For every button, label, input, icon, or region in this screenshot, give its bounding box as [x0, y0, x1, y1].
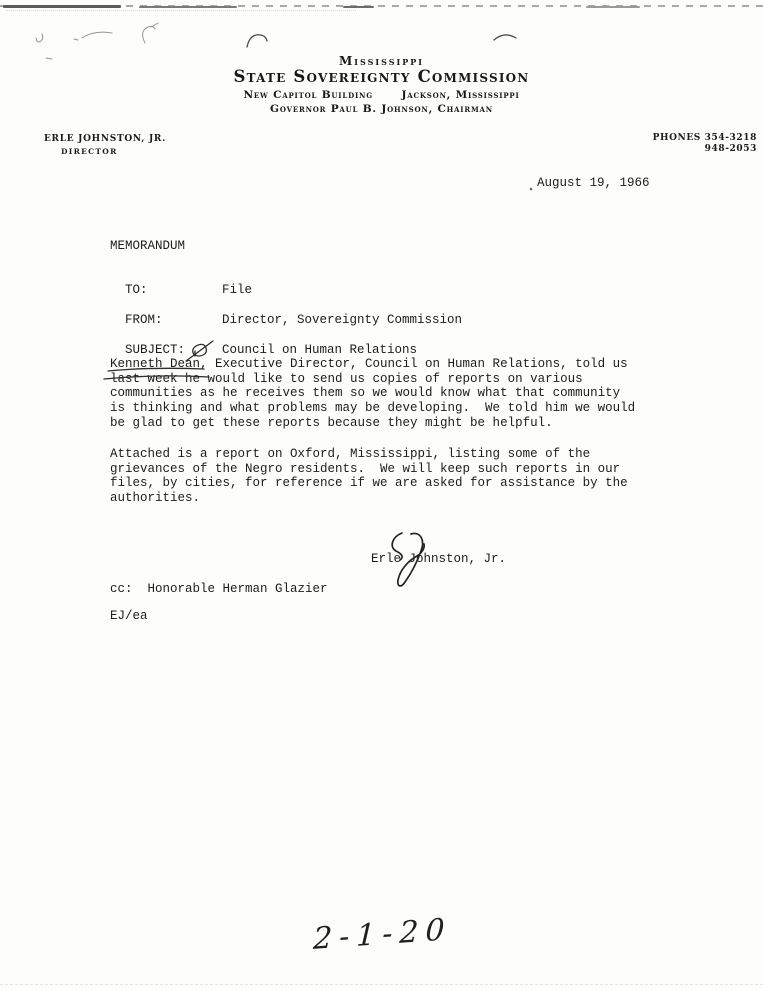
scan-edge-dark-segment — [139, 6, 237, 8]
signature-typed-name: Erle Johnston, Jr. — [371, 552, 506, 567]
memo-date: August 19, 1966 — [537, 176, 650, 191]
letterhead-organization: State Sovereignty Commission — [0, 67, 763, 86]
field-label-subject: SUBJECT: — [125, 343, 222, 358]
memo-paragraph-2: Attached is a report on Oxford, Mississi… — [110, 447, 628, 506]
stray-arc-left — [247, 35, 267, 47]
memo-field-to: TO:File — [110, 268, 252, 297]
field-value-from: Director, Sovereignty Commission — [222, 313, 462, 327]
letterhead-building: New Capitol Building — [243, 89, 373, 101]
memo-field-from: FROM:Director, Sovereignty Commission — [110, 298, 462, 327]
letterhead-chairman: Governor Paul B. Johnson, Chairman — [0, 103, 763, 115]
stray-ink-dot — [530, 188, 533, 191]
field-label-to: TO: — [125, 283, 222, 298]
scan-edge-dotted-line-secondary — [6, 10, 356, 11]
memo-paragraph-1: Kenneth Dean, Executive Director, Counci… — [110, 357, 635, 431]
field-value-to: File — [222, 283, 252, 297]
director-title: DIRECTOR — [61, 147, 166, 156]
scan-edge-dark-segment — [343, 6, 374, 8]
typist-initials: EJ/ea — [110, 609, 148, 624]
scan-edge-dark-segment — [3, 5, 121, 8]
handwritten-archive-code: 2-1-20 — [313, 912, 453, 957]
memo-field-subject: SUBJECT:Council on Human Relations — [110, 328, 417, 357]
cc-line: cc: Honorable Herman Glazier — [110, 582, 328, 597]
memo-heading: MEMORANDUM — [110, 239, 185, 254]
field-label-from: FROM: — [125, 313, 222, 328]
phone-number-primary: PHONES 354-3218 — [653, 133, 757, 144]
letterhead-phones-block: PHONES 354-3218 948-2053 — [653, 133, 757, 155]
director-name: ERLE JOHNSTON, JR. — [44, 134, 166, 144]
stray-arc-right — [494, 35, 516, 40]
field-value-subject: Council on Human Relations — [222, 343, 417, 357]
scan-edge-dashed-line-bottom — [0, 984, 763, 985]
scan-edge-dark-segment — [586, 6, 640, 8]
letterhead-state: Mississippi — [0, 54, 763, 68]
letterhead-address-line: New Capitol Building Jackson, Mississipp… — [0, 89, 763, 101]
scanned-memo-page: { "letterhead": { "state": "Mississippi"… — [0, 0, 763, 990]
letterhead-director-block: ERLE JOHNSTON, JR. DIRECTOR — [44, 134, 166, 156]
letterhead-city: Jackson, Mississippi — [401, 89, 519, 101]
stray-arc-marks — [247, 35, 516, 47]
phone-number-secondary: 948-2053 — [653, 144, 757, 155]
